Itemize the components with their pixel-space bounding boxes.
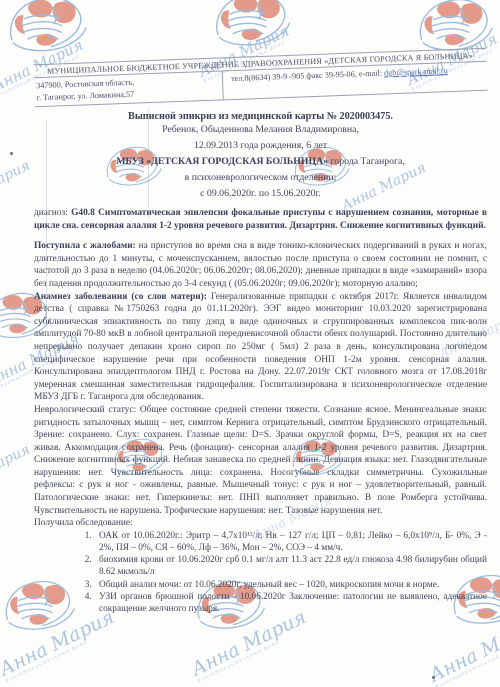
- neuro-status-label: Неврологический статус:: [34, 405, 140, 415]
- document-title: Выписной эпикриз из медицинской карты № …: [34, 111, 487, 122]
- patient-block: Ребенок, Обыденнова Мелания Владимировна…: [34, 122, 487, 202]
- anamnesis-label: Анамнез заболевания (со слов матери):: [34, 292, 207, 302]
- patient-name: Ребенок, Обыденнова Мелания Владимировна…: [34, 122, 487, 138]
- org-phone-fax: тел.8(8634) 39-9 -905 факс 39-95-06, e-m…: [231, 68, 384, 83]
- diagnosis-text: G40.8 Симптоматическая эпилепсия фокальн…: [34, 208, 487, 231]
- hospital-name: МБУЗ «ДЕТСКАЯ ГОРОДСКАЯ БОЛЬНИЦА» города…: [34, 154, 487, 170]
- scan-speck: [432, 676, 435, 679]
- anna-maria-logo-icon: [212, 0, 294, 49]
- exam-item-oak: ОАК от 10.06.2020г.: Эритр – 4,7х10¹²/л;…: [94, 531, 487, 554]
- anamnesis-text: Генерализованные припадки с октября 2017…: [34, 292, 487, 403]
- diagnosis-label: диагноз:: [34, 208, 71, 218]
- exam-item-biochem: биохимия крови от 10.06.2020г срб 0.1 мг…: [94, 555, 487, 578]
- neuro-status-paragraph: Неврологический статус: Общее состояние …: [34, 404, 487, 517]
- org-address: 347900, Ростовская область, г. Таганрог,…: [34, 71, 224, 106]
- anna-maria-logo-icon: [416, 0, 496, 54]
- exam-item-urine: Общий анализ мочи: от 10.06.2020г, удель…: [94, 580, 487, 592]
- exam-label: Получила обследование:: [34, 517, 487, 530]
- exam-list: ОАК от 10.06.2020г.: Эритр – 4,7х10¹²/л;…: [34, 531, 487, 616]
- neuro-status-text: Общее состояние средней степени тяжести.…: [34, 405, 487, 516]
- watermark-script: Анна Марияблаготворительный фонд: [0, 608, 120, 685]
- department: в психоневрологическом отделении;: [34, 170, 487, 186]
- letterhead: МУНИЦИПАЛЬНОЕ БЮДЖЕТНОЕ УЧРЕЖДЕНИЕ ЗДРАВ…: [33, 48, 487, 108]
- document-page: Анна Марияблаготворительный фонд Анна Ма…: [0, 0, 500, 687]
- complaints-label: Поступила с жалобами:: [34, 241, 136, 251]
- anna-maria-logo-icon: [6, 0, 90, 55]
- patient-birthdate: 12.09.2013 года рождения, 6 лет: [34, 138, 487, 154]
- watermark-script: Анна Марияблаготворительный фонд: [427, 614, 500, 687]
- anamnesis-paragraph: Анамнез заболевания (со слов матери): Ге…: [34, 291, 487, 404]
- diagnosis-paragraph: диагноз: G40.8 Симптоматическая эпилепси…: [34, 207, 487, 232]
- watermark-script: Анна Марияблаготворительный фонд: [189, 608, 312, 685]
- exam-item-uzi: УЗИ органов брюшной полости - 10.06.2020…: [94, 592, 487, 615]
- document-content: МУНИЦИПАЛЬНОЕ БЮДЖЕТНОЕ УЧРЕЖДЕНИЕ ЗДРАВ…: [0, 56, 500, 616]
- org-email: dgb@spark-mail.ru: [384, 66, 448, 77]
- stay-dates: с 09.06.2020г. по 15.06.2020г.: [34, 186, 487, 202]
- complaints-paragraph: Поступила с жалобами: на приступов во вр…: [34, 240, 487, 290]
